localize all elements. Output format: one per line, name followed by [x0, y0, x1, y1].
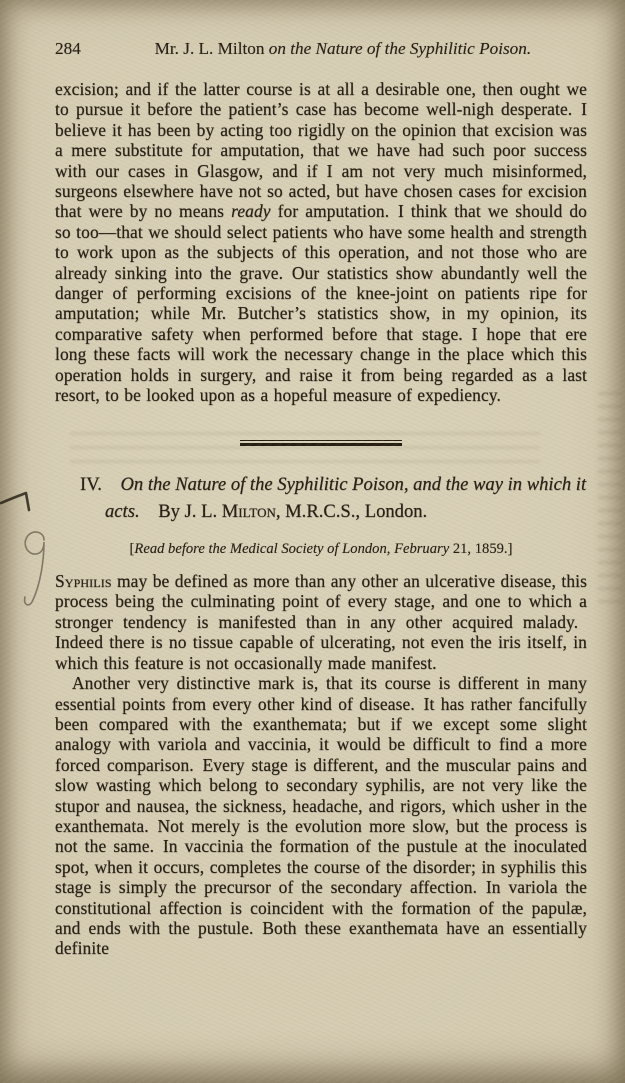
text-segment: may be defined as more than any other an… — [55, 571, 587, 673]
pencil-mark-nine — [8, 524, 56, 616]
running-title: Mr. J. L. Milton on the Nature of the Sy… — [99, 38, 587, 59]
lead-article-closing-paragraph: excision; and if the latter course is at… — [55, 79, 587, 406]
ink-tick-mark — [0, 478, 36, 518]
text-segment: Milton — [222, 501, 276, 522]
page-header: 284 Mr. J. L. Milton on the Nature of th… — [55, 38, 587, 59]
text-segment: IV. — [80, 474, 120, 495]
text-segment: Syphilis — [55, 571, 112, 591]
article-paragraph-1: Syphilis may be defined as more than any… — [55, 571, 587, 673]
article-paragraph-2: Another very distinctive mark is, that i… — [55, 673, 587, 959]
bleed-through-smudge — [70, 432, 540, 466]
text-segment: ready — [231, 201, 271, 221]
text-segment: 21, 1859.] — [449, 541, 512, 557]
text-segment: Read before the Medical Society of Londo… — [134, 541, 449, 557]
text-segment: excision; and if the latter course is at… — [55, 79, 587, 221]
article-heading: IV. On the Nature of the Syphilitic Pois… — [55, 472, 587, 525]
citation-line: [Read before the Medical Society of Lond… — [55, 541, 587, 558]
scanned-book-page: 284 Mr. J. L. Milton on the Nature of th… — [0, 0, 625, 1083]
divider-rule-thick — [240, 443, 402, 446]
text-segment: By J. L. — [140, 501, 222, 522]
divider-rule-thin — [240, 440, 402, 442]
page-number: 284 — [55, 38, 81, 59]
bleed-through-smudge — [598, 392, 622, 612]
text-segment: for amputation. I think that we should d… — [55, 201, 587, 405]
section-divider — [240, 440, 402, 447]
text-segment: Another very distinctive mark is, that i… — [55, 673, 587, 958]
running-title-subject: on the Nature of the Syphilitic Poison. — [269, 39, 531, 58]
running-title-author: Mr. J. L. Milton — [155, 39, 269, 58]
text-segment: , M.R.C.S., London. — [276, 501, 427, 522]
